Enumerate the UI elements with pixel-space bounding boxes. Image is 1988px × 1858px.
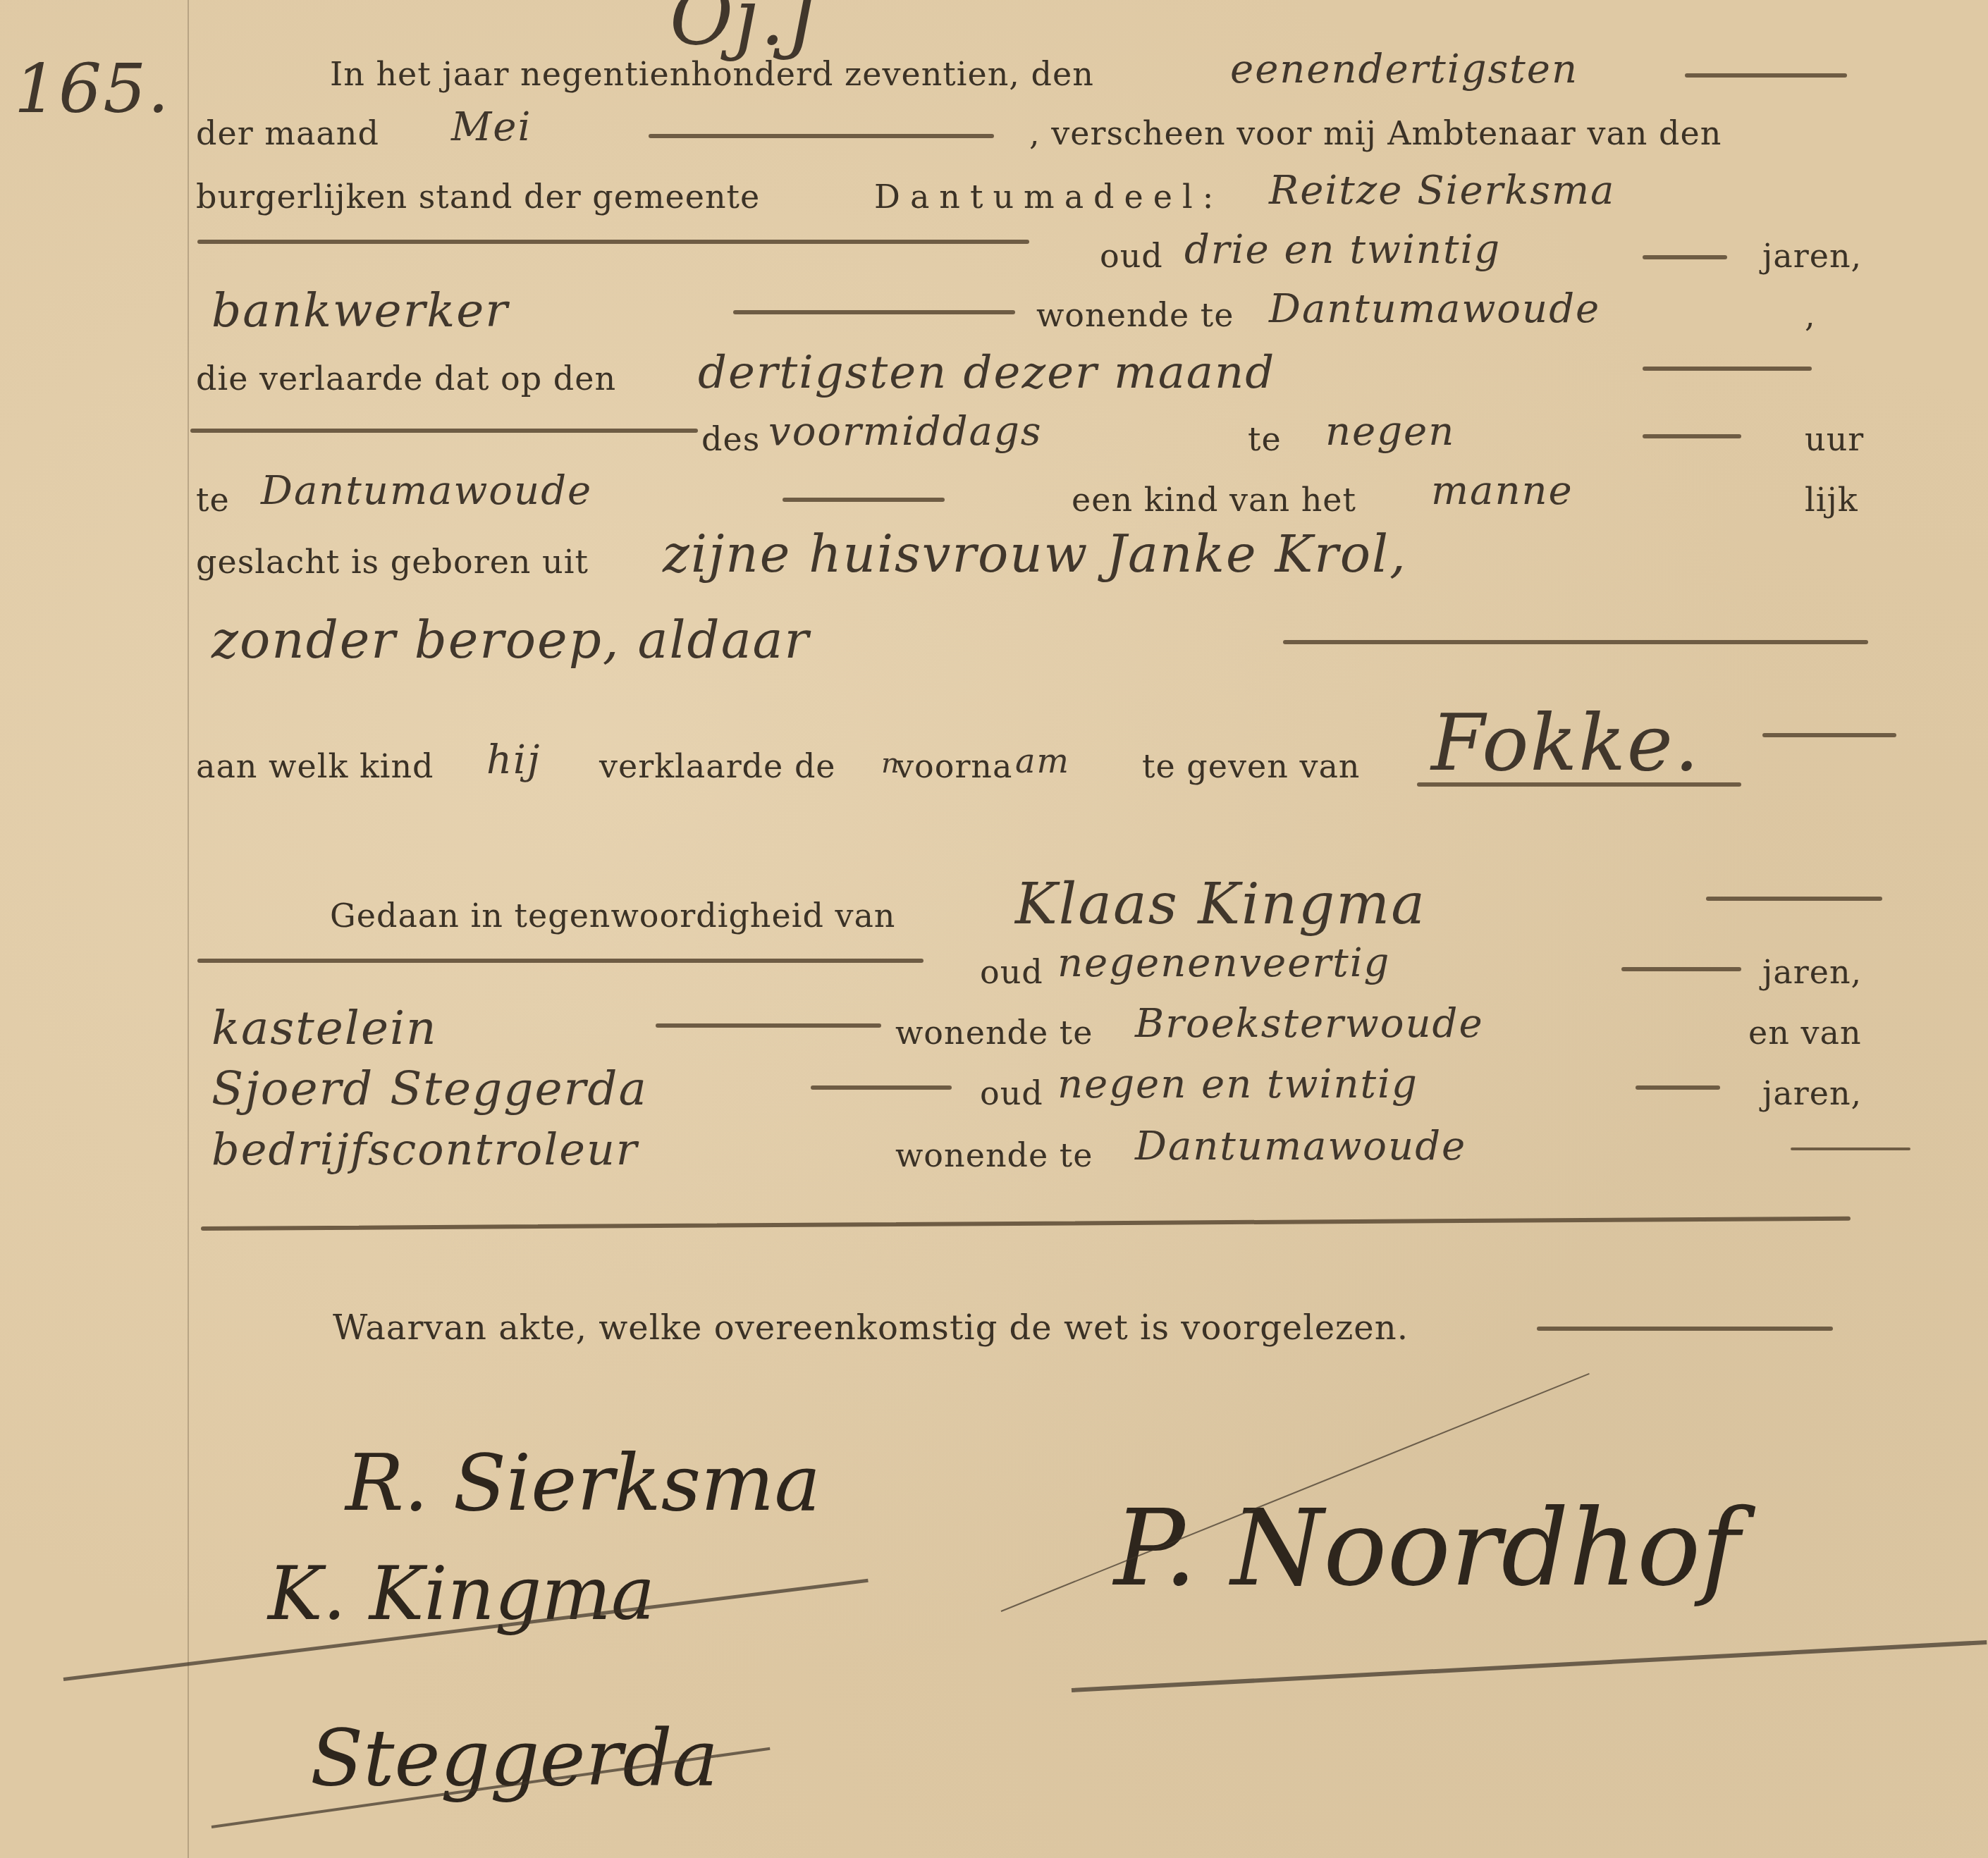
hij-handwritten: hij: [486, 737, 541, 783]
witness-1-residence: Broeksterwoude: [1135, 1001, 1484, 1047]
margin-rule: [188, 0, 189, 1858]
fill-rule: [1791, 1148, 1910, 1150]
give-label: te geven van: [1142, 747, 1361, 785]
and-of-label: en van: [1748, 1014, 1862, 1052]
fill-rule: [1417, 782, 1741, 787]
birth-hour: negen: [1325, 409, 1455, 455]
child-sex: manne: [1431, 468, 1573, 514]
fill-rule: [1762, 733, 1896, 737]
fill-rule: [649, 134, 994, 138]
te-label: te: [1248, 420, 1282, 458]
declarant-name: Reitze Sierksma: [1269, 168, 1616, 214]
comma: ,: [1805, 296, 1816, 334]
witness-1-occupation: kastelein: [211, 1001, 438, 1055]
age-label: oud: [1100, 237, 1163, 275]
age-label: oud: [980, 1074, 1043, 1112]
witness-1-name: Klaas Kingma: [1015, 871, 1426, 937]
years-label: jaren,: [1762, 1074, 1862, 1112]
declarant-occupation: bankwerker: [211, 283, 509, 338]
witness-1-age: negenenveertig: [1057, 940, 1390, 986]
fill-rule: [1643, 255, 1727, 259]
fill-rule: [197, 240, 1029, 244]
fill-rule: [1643, 434, 1741, 438]
fill-rule: [1706, 897, 1882, 901]
residing-label: wonende te: [895, 1014, 1093, 1052]
mother-occupation: zonder beroep, aldaar: [211, 610, 810, 670]
birth-place: Dantumawoude: [261, 468, 592, 514]
declarant-residence: Dantumawoude: [1269, 286, 1600, 332]
child-text: een kind van het: [1072, 481, 1356, 519]
witness-2-residence: Dantumawoude: [1135, 1124, 1466, 1169]
fill-rule: [1537, 1327, 1833, 1331]
declarant-age: drie en twintig: [1184, 227, 1501, 273]
fill-rule: [1636, 1085, 1720, 1090]
fill-rule: [1621, 967, 1741, 971]
fill-rule: [783, 498, 945, 502]
years-label: jaren,: [1762, 237, 1862, 275]
margin-number: 165.: [14, 49, 171, 128]
day-handwritten: eenendertigsten: [1230, 47, 1578, 92]
top-scribble: Oj.J: [670, 0, 818, 62]
signature-registrar: P. Noordhof: [1114, 1487, 1740, 1610]
appeared-text: , verscheen voor mij Ambtenaar van den: [1029, 114, 1722, 152]
intro-text: In het jaar negentienhonderd zeventien, …: [330, 55, 1094, 93]
lijk-label: lijk: [1805, 481, 1858, 519]
declared-text: die verlaarde dat op den: [196, 359, 616, 398]
mother: zijne huisvrouw Janke Krol,: [663, 524, 1407, 584]
fill-rule: [811, 1085, 952, 1090]
signature-witness-1: K. Kingma: [268, 1551, 655, 1637]
month-label: der maand: [196, 114, 379, 152]
des-label: des: [701, 420, 760, 458]
fill-rule: [197, 959, 924, 963]
time-of-day: voormiddags: [768, 409, 1043, 455]
fill-rule: [1685, 73, 1847, 78]
closing-rule: [201, 1217, 1851, 1231]
signature-witness-2: Steggerda: [310, 1713, 718, 1803]
fill-rule: [1643, 367, 1812, 371]
residing-label: wonende te: [895, 1136, 1093, 1174]
declared-label: verklaarde de: [599, 747, 836, 785]
years-label: jaren,: [1762, 953, 1862, 991]
fill-rule: [656, 1023, 881, 1028]
witness-2-age: negen en twintig: [1057, 1062, 1418, 1107]
fill-rule: [1283, 640, 1868, 644]
hour-label: uur: [1805, 420, 1864, 458]
child-name: Fokke.: [1431, 698, 1700, 788]
residing-label: wonende te: [1036, 296, 1234, 334]
witness-2-occupation: bedrijfscontroleur: [211, 1124, 638, 1175]
child-name-text: aan welk kind: [196, 747, 434, 785]
voorna-label: voorna: [895, 747, 1012, 785]
municipality: Dantumadeel:: [874, 178, 1223, 216]
signature-underline: [1072, 1640, 1987, 1692]
fill-rule: [190, 429, 698, 433]
witness-2-name: Sjoerd Steggerda: [211, 1062, 648, 1116]
age-label: oud: [980, 953, 1043, 991]
witness-intro: Gedaan in tegenwoordigheid van: [330, 897, 896, 935]
born-from-text: geslacht is geboren uit: [196, 543, 589, 581]
te-label: te: [196, 481, 230, 519]
month-handwritten: Mei: [451, 104, 532, 150]
closing-sentence: Waarvan akte, welke overeenkomstig de we…: [333, 1308, 1409, 1348]
signature-declarant: R. Sierksma: [345, 1438, 821, 1528]
birth-date: dertigsten dezer maand: [698, 347, 1275, 399]
am-handwritten: am: [1015, 742, 1070, 781]
fill-rule: [733, 310, 1015, 314]
registrar-text: burgerlijken stand der gemeente: [196, 178, 760, 216]
